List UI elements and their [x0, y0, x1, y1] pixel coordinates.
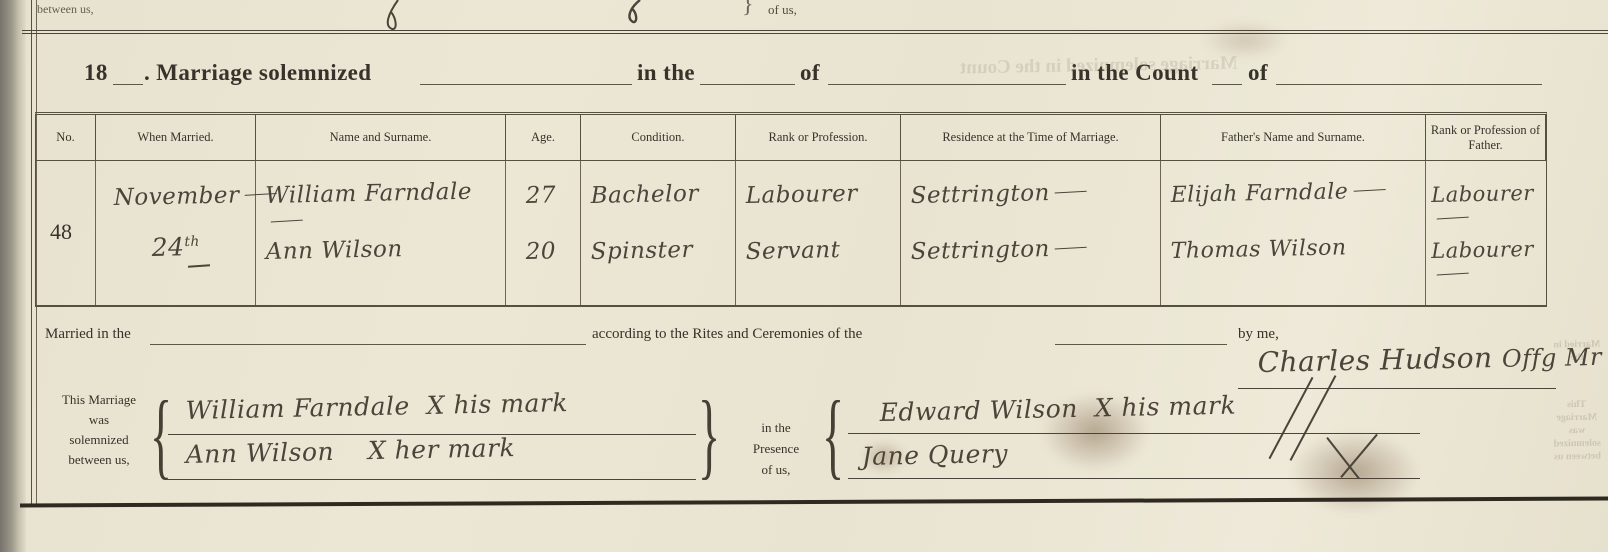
header-of-second: of: [1248, 60, 1268, 86]
officiant-signature: Charles Hudson Offg Mr: [1257, 339, 1602, 379]
page-binding-edge: [0, 0, 26, 552]
header-district-blank: [700, 84, 795, 85]
groom-signature: William Farndale X his mark: [185, 388, 568, 425]
column-header-condition: Condition.: [581, 115, 736, 161]
bride-age: 20: [525, 238, 556, 265]
header-count-blank: [1212, 84, 1242, 85]
officiant-signature-line: [1238, 388, 1556, 389]
column-header-rank-profession: Rank or Profession.: [736, 115, 901, 161]
section-divider-rule: [22, 30, 1608, 31]
prev-entry-between-us-label: between us,: [37, 2, 94, 17]
bride-father-profession: Labourer: [1431, 237, 1546, 287]
couple-brace-close: }: [698, 379, 720, 490]
cell-rank-profession: Labourer Servant: [736, 161, 901, 305]
by-me-label: by me,: [1238, 326, 1279, 343]
bride-profession: Servant: [745, 237, 840, 265]
bride-signature: Ann Wilson X her mark: [185, 433, 515, 469]
prev-entry-of-us-label: of us,: [768, 2, 797, 18]
ink-smudge: [860, 440, 908, 474]
header-county-blank: [1276, 84, 1542, 85]
pen-dash: [188, 264, 210, 268]
header-in-the: in the: [637, 60, 695, 86]
denomination-blank: [1055, 344, 1227, 345]
married-in-the-label: Married in the: [45, 326, 131, 343]
bride-mark: X her mark: [368, 433, 516, 465]
header-parish-blank: [828, 84, 1066, 85]
solemnized-label: This Marriage was solemnized between us,: [42, 390, 156, 471]
bride-name: Ann Wilson: [265, 236, 402, 265]
signature-flourish: [382, 0, 408, 30]
groom-profession: Labourer: [745, 181, 858, 209]
cell-entry-no: 48: [36, 161, 96, 305]
groom-mark: X his mark: [426, 388, 568, 420]
header-place-blank: [420, 84, 632, 85]
column-header-father-rank: Rank or Profession of Father.: [1426, 115, 1546, 161]
witness-brace-open: {: [822, 379, 844, 490]
cell-when-married: November 24th: [96, 161, 256, 305]
groom-age: 27: [525, 182, 556, 209]
cell-father-name: Elijah Farndale Thomas Wilson: [1161, 161, 1426, 305]
groom-father-name: Elijah Farndale: [1170, 179, 1385, 208]
bride-father-name: Thomas Wilson: [1170, 235, 1346, 264]
header-of-first: of: [800, 60, 820, 86]
bleed-through-margin-text: Married in the: [1552, 338, 1602, 365]
cell-father-rank: Labourer Labourer: [1426, 161, 1546, 305]
ink-smudge: [1200, 20, 1290, 60]
cell-condition: Bachelor Spinster: [581, 161, 736, 305]
header-year-blank: [113, 84, 143, 85]
cell-age: 27 20: [506, 161, 581, 305]
header-title: . Marriage solemnized: [144, 60, 371, 86]
marriage-register-page: between us, } of us, 18 . Marriage solem…: [0, 0, 1608, 552]
presence-label: in the Presence of us,: [736, 418, 816, 480]
church-name-blank: [150, 344, 586, 345]
bride-residence: Settrington: [910, 235, 1087, 265]
groom-condition: Bachelor: [590, 181, 699, 209]
when-married-day: 24th: [151, 232, 200, 262]
column-header-age: Age.: [506, 115, 581, 161]
rites-ceremonies-label: according to the Rites and Ceremonies of…: [592, 326, 862, 343]
column-header-when-married: When Married.: [96, 115, 256, 161]
signature-flourish: [620, 0, 646, 26]
prev-entry-brace: }: [742, 0, 754, 19]
entry-number: 48: [50, 219, 72, 245]
cell-residence: Settrington Settrington: [901, 161, 1161, 305]
when-married-month: November: [113, 182, 276, 211]
register-table: No. When Married. Name and Surname. Age.…: [35, 112, 1547, 307]
day-ordinal-suffix: th: [184, 234, 200, 250]
ink-smudge: [1040, 392, 1150, 472]
groom-name: William Farndale: [265, 178, 505, 235]
cell-name-surname: William Farndale Ann Wilson: [256, 161, 506, 305]
bride-condition: Spinster: [590, 237, 693, 265]
column-header-residence: Residence at the Time of Marriage.: [901, 115, 1161, 161]
bride-signature-line: [168, 479, 696, 480]
bleed-through-margin-text: This Marriage was solemnized between us: [1549, 398, 1604, 464]
column-header-name-surname: Name and Surname.: [256, 115, 506, 161]
header-year-prefix: 18: [84, 60, 108, 86]
column-header-father-name: Father's Name and Surname.: [1161, 115, 1426, 161]
column-header-no: No.: [36, 115, 96, 161]
groom-residence: Settrington: [910, 179, 1087, 209]
groom-father-profession: Labourer: [1431, 181, 1546, 231]
